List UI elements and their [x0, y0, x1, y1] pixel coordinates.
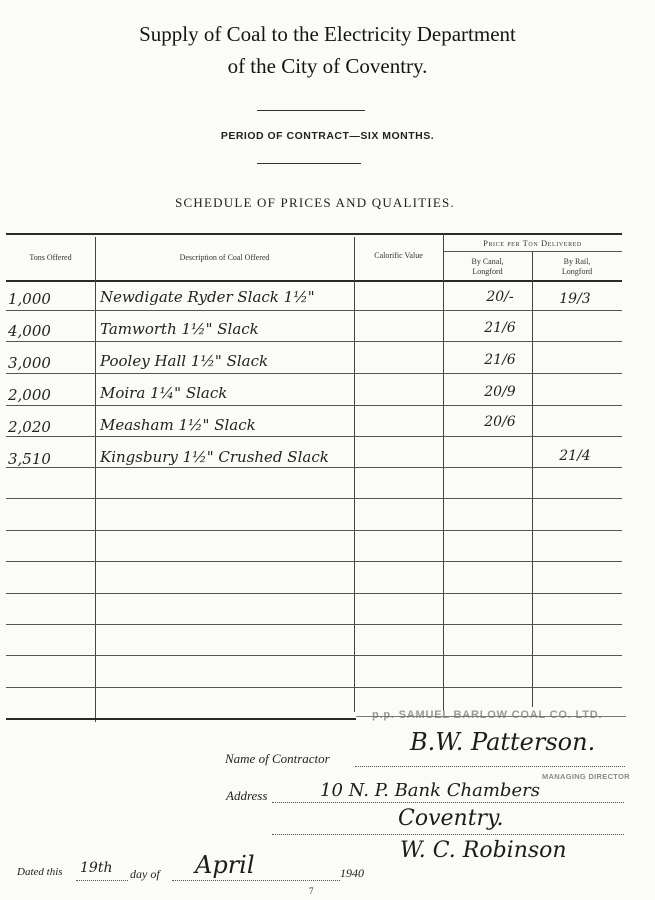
- header-calorific-value: Calorific Value: [354, 251, 443, 261]
- row-rule: [6, 561, 622, 562]
- tons-cell: 2,020: [8, 418, 88, 436]
- description-cell: Kingsbury 1½" Crushed Slack: [100, 448, 329, 466]
- header-description: Description of Coal Offered: [95, 253, 354, 263]
- period-divider: [257, 163, 361, 164]
- row-rule: [6, 530, 622, 531]
- header-by-rail: By Rail, Longford: [532, 257, 622, 277]
- column-divider-description: [354, 237, 355, 712]
- column-divider-calorific: [443, 233, 444, 711]
- canal-price-cell: 20/6: [470, 414, 530, 430]
- company-stamp: p.p. SAMUEL BARLOW COAL CO. LTD.: [372, 709, 602, 721]
- description-cell: Measham 1½" Slack: [100, 416, 256, 434]
- day-of-label: day of: [130, 867, 160, 882]
- month-rule: [172, 880, 340, 881]
- row-rule: [6, 436, 622, 437]
- document-title-line-2: of the City of Coventry.: [0, 54, 655, 79]
- address-label: Address: [226, 788, 267, 804]
- contractor-line: [355, 766, 625, 767]
- contractor-label: Name of Contractor: [225, 751, 330, 767]
- description-cell: Moira 1¼" Slack: [100, 384, 227, 402]
- tons-cell: 4,000: [8, 322, 88, 340]
- header-by-canal: By Canal, Longford: [443, 257, 532, 277]
- description-cell: Newdigate Ryder Slack 1½": [100, 288, 315, 306]
- canal-price-cell: 21/6: [470, 352, 530, 368]
- table-bottom-border: [6, 718, 356, 720]
- row-rule: [6, 373, 622, 374]
- dated-year: 1940: [340, 866, 364, 881]
- row-rule: [6, 341, 622, 342]
- header-tons-offered: Tons Offered: [6, 253, 95, 263]
- canal-price-cell: 20/9: [470, 384, 530, 400]
- day-rule: [76, 880, 128, 881]
- schedule-heading: SCHEDULE OF PRICES AND QUALITIES.: [0, 195, 630, 211]
- title-divider: [257, 110, 365, 111]
- row-rule: [6, 405, 622, 406]
- tons-cell: 3,510: [8, 450, 88, 468]
- address-line-1: 10 N. P. Bank Chambers: [320, 780, 540, 801]
- header-by-rail-line2: Longford: [532, 267, 622, 277]
- contractor-signature: B.W. Patterson.: [410, 728, 595, 756]
- header-by-rail-line1: By Rail,: [532, 257, 622, 267]
- row-rule: [6, 624, 622, 625]
- row-rule: [6, 593, 622, 594]
- document-title-line-1: Supply of Coal to the Electricity Depart…: [0, 22, 655, 47]
- column-divider-canal: [532, 252, 533, 707]
- row-rule: [6, 498, 622, 499]
- header-by-canal-line2: Longford: [443, 267, 532, 277]
- address-line-2-rule: [272, 834, 624, 835]
- description-cell: Tamworth 1½" Slack: [100, 320, 259, 338]
- page-number: 7: [309, 886, 314, 896]
- address-line-2: Coventry.: [398, 806, 504, 831]
- tons-cell: 3,000: [8, 354, 88, 372]
- dated-month: April: [195, 851, 255, 879]
- row-rule: [6, 310, 622, 311]
- rail-price-cell: 21/4: [540, 448, 610, 464]
- row-rule: [6, 687, 622, 688]
- header-price-per-ton: Price per Ton Delivered: [443, 238, 622, 248]
- dated-label: Dated this: [17, 866, 63, 878]
- witness-signature: W. C. Robinson: [400, 838, 567, 863]
- canal-price-cell: 21/6: [470, 320, 530, 336]
- description-cell: Pooley Hall 1½" Slack: [100, 352, 268, 370]
- header-by-canal-line1: By Canal,: [443, 257, 532, 267]
- row-rule: [6, 655, 622, 656]
- table-top-border: [6, 233, 622, 235]
- tons-cell: 2,000: [8, 386, 88, 404]
- rail-price-cell: 19/3: [540, 291, 610, 307]
- contract-period: PERIOD OF CONTRACT—SIX MONTHS.: [0, 130, 655, 142]
- canal-price-cell: 20/-: [470, 289, 530, 305]
- dated-day: 19th: [80, 860, 112, 876]
- row-rule: [6, 467, 622, 468]
- contractor-title-stamp: MANAGING DIRECTOR: [542, 772, 630, 781]
- tons-cell: 1,000: [8, 290, 88, 308]
- header-bottom-border: [6, 280, 622, 282]
- address-line-1-rule: [272, 802, 624, 803]
- stamp-strike-line: [356, 716, 626, 717]
